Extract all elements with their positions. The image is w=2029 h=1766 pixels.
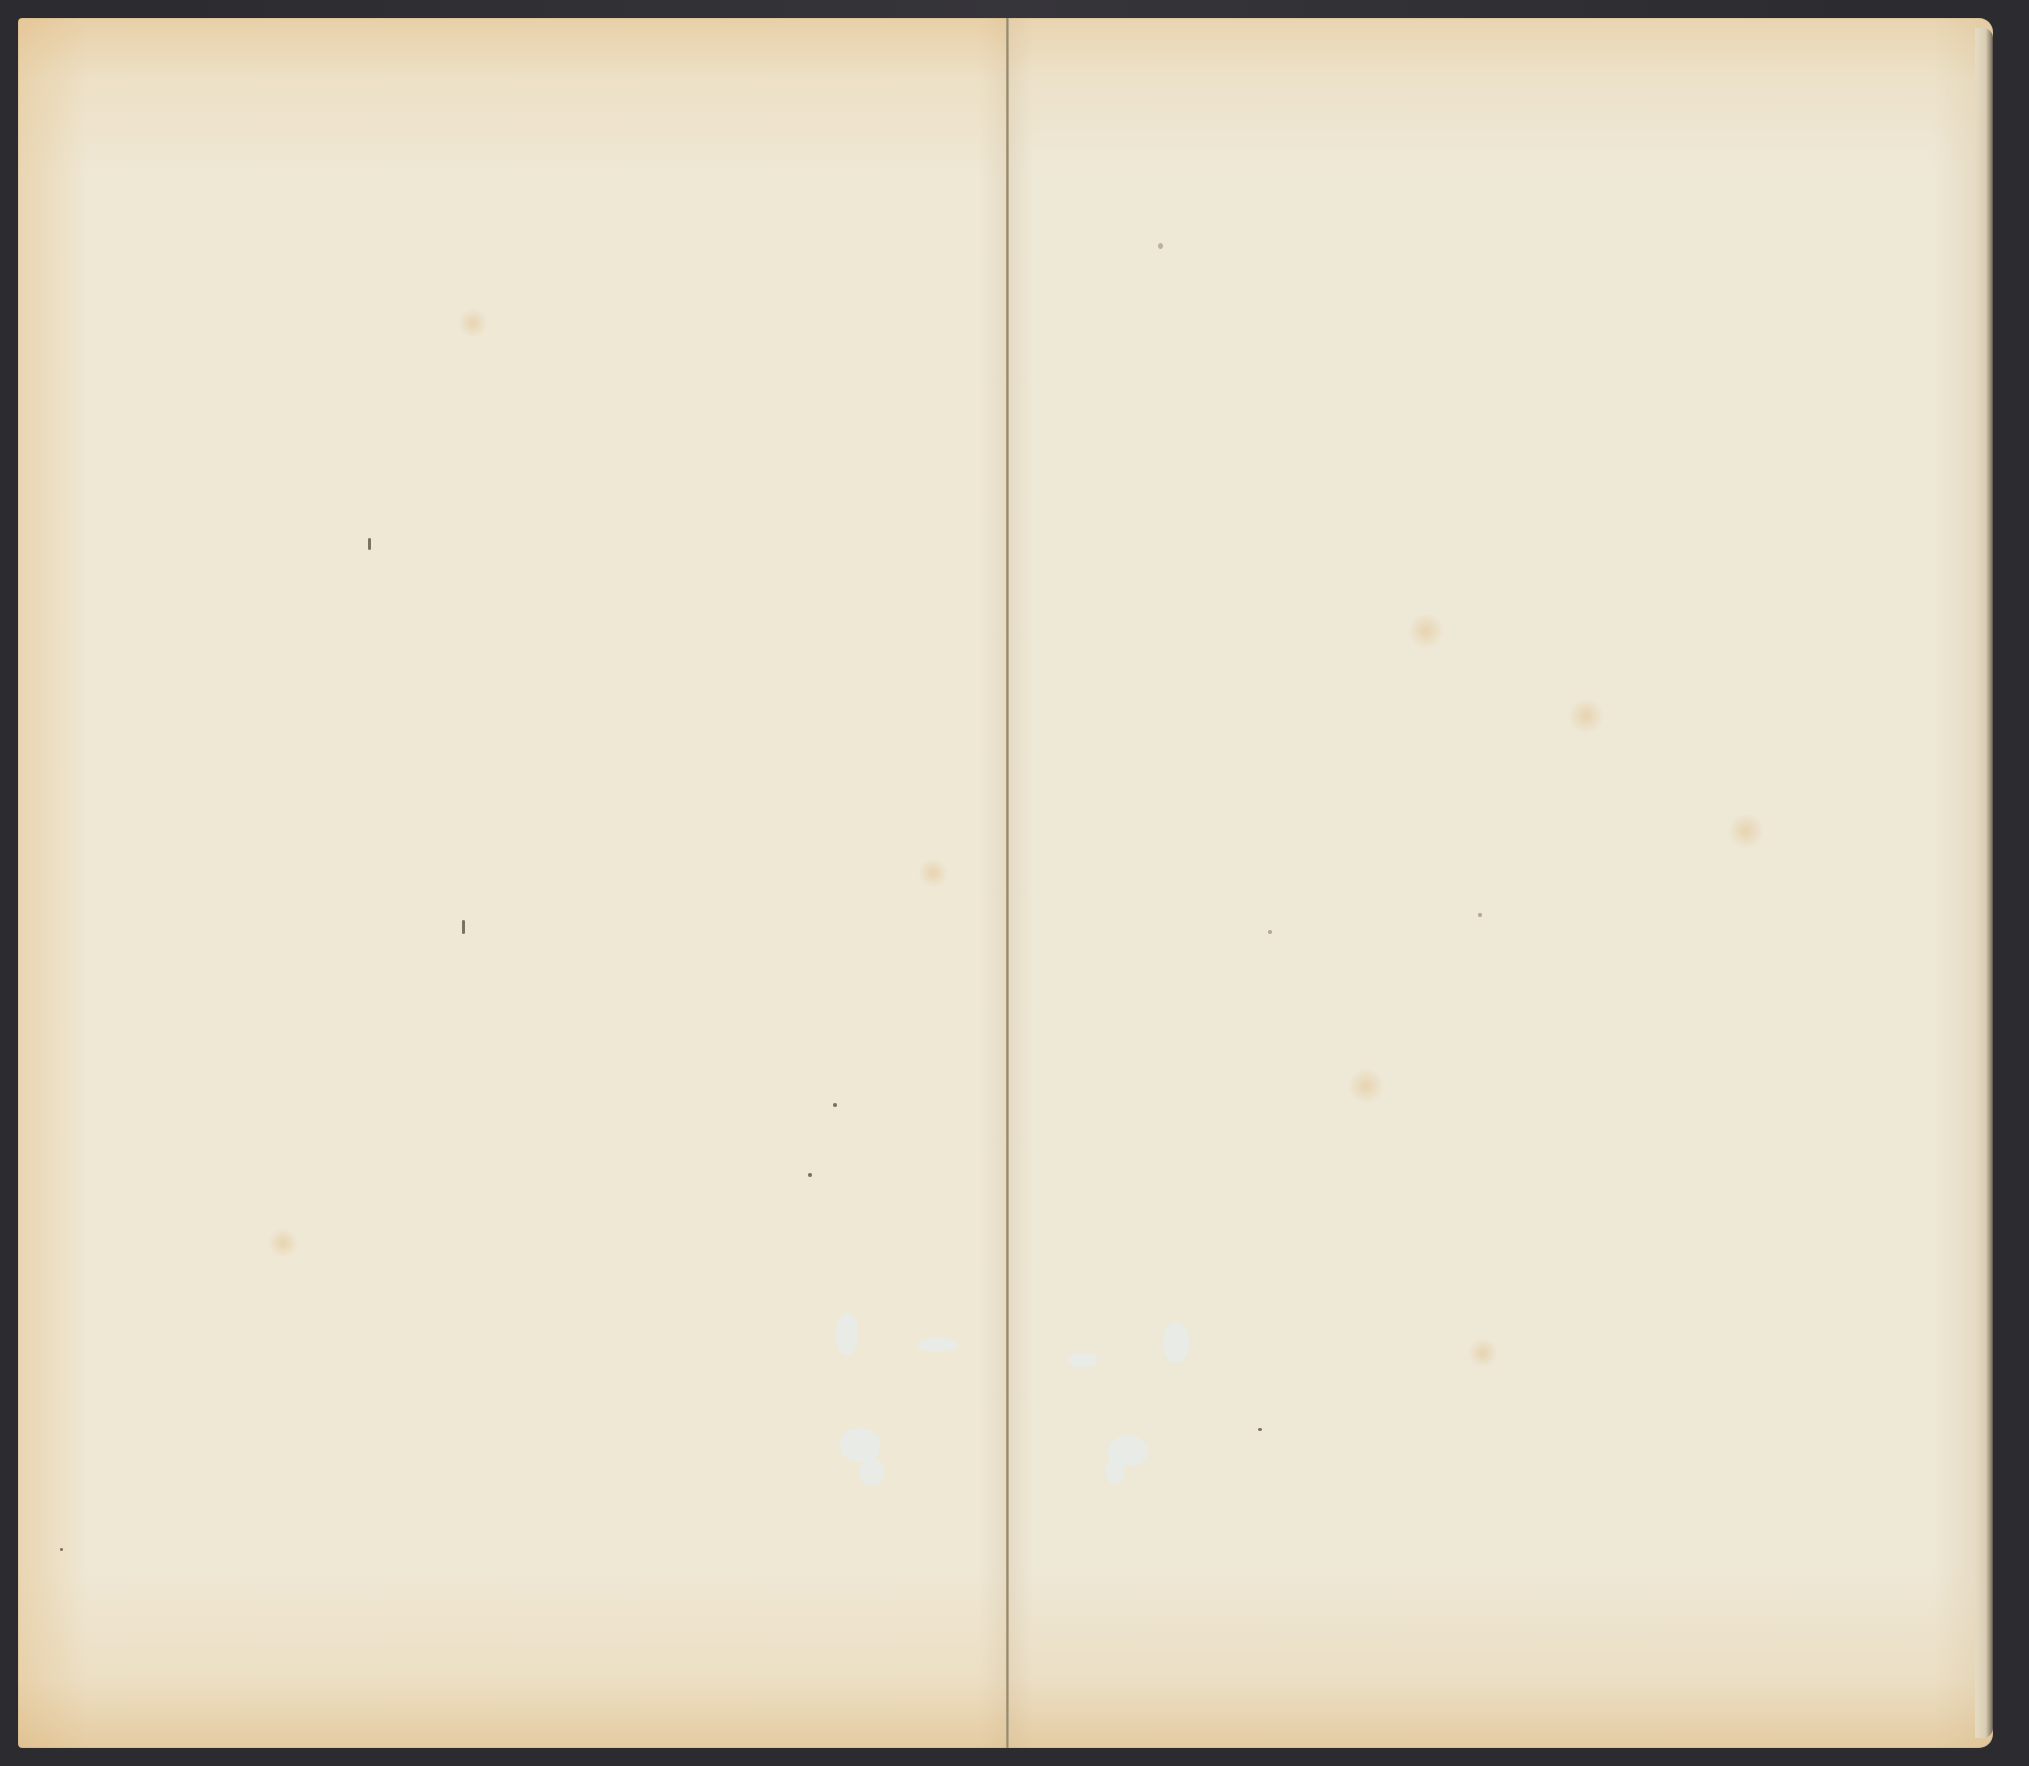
book-gutter (1006, 18, 1009, 1748)
paper-speck (462, 920, 465, 934)
paper-blot (1068, 1353, 1098, 1367)
paper-speck (1158, 243, 1163, 249)
paper-speck (1258, 1428, 1262, 1431)
foxing-spot (918, 858, 948, 888)
foxing-spot (1348, 1068, 1384, 1104)
foxing-spot (1728, 813, 1764, 849)
page-block-edge (1975, 28, 1993, 1738)
foxing-spot (1468, 1338, 1498, 1368)
paper-speck (1478, 913, 1482, 917)
paper-blot (836, 1313, 858, 1355)
paper-blot (860, 1458, 884, 1486)
paper-speck (833, 1103, 837, 1107)
open-book (18, 18, 1993, 1748)
paper-speck (1268, 930, 1272, 934)
foxing-spot (1408, 613, 1444, 649)
foxing-spot (1568, 698, 1604, 734)
paper-blot (1163, 1323, 1189, 1363)
foxing-spot (458, 308, 488, 338)
paper-blot (840, 1428, 880, 1462)
left-page (18, 18, 1008, 1748)
foxing-spot (268, 1228, 298, 1258)
right-page (1008, 18, 1993, 1748)
paper-blot (918, 1338, 958, 1352)
paper-blot (1106, 1458, 1124, 1484)
paper-speck (60, 1548, 63, 1551)
paper-speck (368, 538, 371, 550)
paper-speck (808, 1173, 812, 1177)
